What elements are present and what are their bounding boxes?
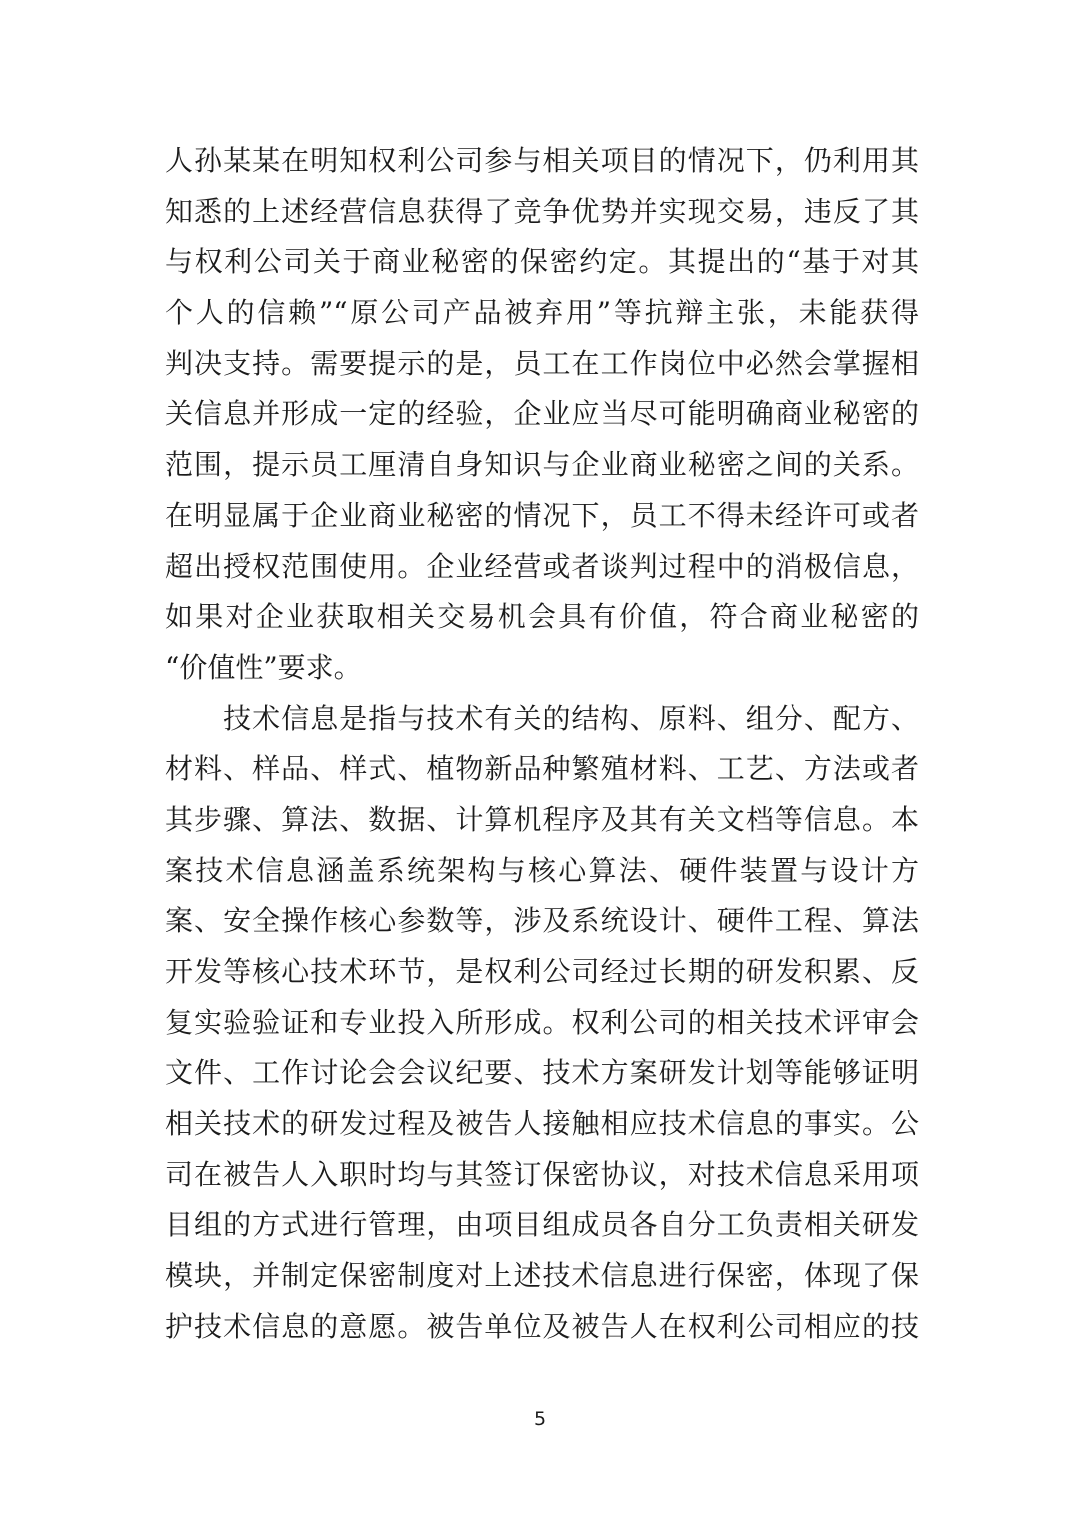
text-line: 其步骤、算法、数据、计算机程序及其有关文档等信息。本 xyxy=(165,795,919,846)
text-line: 案、安全操作核心参数等，涉及系统设计、硬件工程、算法 xyxy=(165,896,919,947)
text-line: 在明显属于企业商业秘密的情况下，员工不得未经许可或者 xyxy=(165,491,919,542)
text-line: 如果对企业获取相关交易机会具有价值，符合商业秘密的 xyxy=(165,592,919,643)
text-line: 复实验验证和专业投入所形成。权利公司的相关技术评审会 xyxy=(165,998,919,1049)
page-footer: 5 xyxy=(0,1408,1080,1430)
document-body: 人孙某某在明知权利公司参与相关项目的情况下，仍利用其知悉的上述经营信息获得了竞争… xyxy=(165,136,919,1353)
text-line: 护技术信息的意愿。被告单位及被告人在权利公司相应的技 xyxy=(165,1302,919,1353)
text-line: 模块，并制定保密制度对上述技术信息进行保密，体现了保 xyxy=(165,1251,919,1302)
text-line: 目组的方式进行管理，由项目组成员各自分工负责相关研发 xyxy=(165,1200,919,1251)
text-line: 文件、工作讨论会会议纪要、技术方案研发计划等能够证明 xyxy=(165,1048,919,1099)
text-line: 司在被告人入职时均与其签订保密协议，对技术信息采用项 xyxy=(165,1150,919,1201)
text-line: 人孙某某在明知权利公司参与相关项目的情况下，仍利用其 xyxy=(165,136,919,187)
document-page: 人孙某某在明知权利公司参与相关项目的情况下，仍利用其知悉的上述经营信息获得了竞争… xyxy=(0,0,1080,1528)
text-line: 个人的信赖”“原公司产品被弃用”等抗辩主张，未能获得 xyxy=(165,288,919,339)
paragraph: 人孙某某在明知权利公司参与相关项目的情况下，仍利用其知悉的上述经营信息获得了竞争… xyxy=(165,136,919,694)
text-line: 范围，提示员工厘清自身知识与企业商业秘密之间的关系。 xyxy=(165,440,919,491)
text-line: 材料、样品、样式、植物新品种繁殖材料、工艺、方法或者 xyxy=(165,744,919,795)
text-line: 相关技术的研发过程及被告人接触相应技术信息的事实。公 xyxy=(165,1099,919,1150)
page-number: 5 xyxy=(534,1408,546,1430)
text-line: 知悉的上述经营信息获得了竞争优势并实现交易，违反了其 xyxy=(165,187,919,238)
text-line: 关信息并形成一定的经验，企业应当尽可能明确商业秘密的 xyxy=(165,389,919,440)
paragraph: 技术信息是指与技术有关的结构、原料、组分、配方、材料、样品、样式、植物新品种繁殖… xyxy=(165,694,919,1353)
text-line: 开发等核心技术环节，是权利公司经过长期的研发积累、反 xyxy=(165,947,919,998)
text-line: 超出授权范围使用。企业经营或者谈判过程中的消极信息， xyxy=(165,542,919,593)
text-line: 案技术信息涵盖系统架构与核心算法、硬件装置与设计方 xyxy=(165,846,919,897)
text-line: 判决支持。需要提示的是，员工在工作岗位中必然会掌握相 xyxy=(165,339,919,390)
text-line: 与权利公司关于商业秘密的保密约定。其提出的“基于对其 xyxy=(165,237,919,288)
text-line: “价值性”要求。 xyxy=(165,643,919,694)
text-line: 技术信息是指与技术有关的结构、原料、组分、配方、 xyxy=(165,694,919,745)
